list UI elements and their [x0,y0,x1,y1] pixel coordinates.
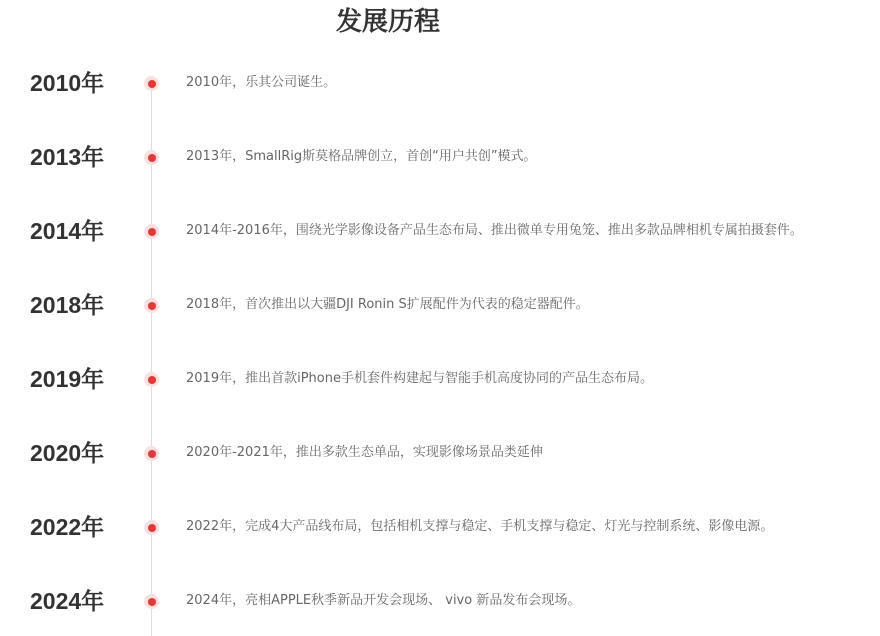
page-title: 发展历程 [0,4,776,40]
timeline-description: 2019年，推出首款iPhone手机套件构建起与智能手机高度协同的产品生态布局。 [186,359,653,399]
timeline-year: 2013年 [30,137,104,177]
timeline-year: 2010年 [30,63,104,103]
timeline-dot-icon [144,224,159,239]
timeline-item: 2024年 2024年，亮相APPLE秋季新品开发会现场、 vivo 新品发布会… [0,581,880,621]
timeline-item: 2014年 2014年-2016年，围绕光学影像设备产品生态布局、推出微单专用兔… [0,211,880,251]
timeline-description: 2022年，完成4大产品线布局，包括相机支撑与稳定、手机支撑与稳定、灯光与控制系… [186,507,773,547]
timeline-dot-icon [144,520,159,535]
timeline-description: 2013年，SmallRig斯莫格品牌创立，首创“用户共创”模式。 [186,137,537,177]
timeline-dot-icon [144,594,159,609]
timeline-item: 2022年 2022年，完成4大产品线布局，包括相机支撑与稳定、手机支撑与稳定、… [0,507,880,547]
timeline-dot-icon [144,446,159,461]
timeline-description: 2018年，首次推出以大疆DJI Ronin S扩展配件为代表的稳定器配件。 [186,285,589,325]
timeline-year: 2014年 [30,211,104,251]
timeline-item: 2013年 2013年，SmallRig斯莫格品牌创立，首创“用户共创”模式。 [0,137,880,177]
timeline-year: 2024年 [30,581,104,621]
timeline-description: 2014年-2016年，围绕光学影像设备产品生态布局、推出微单专用兔笼、推出多款… [186,211,803,251]
timeline-description: 2024年，亮相APPLE秋季新品开发会现场、 vivo 新品发布会现场。 [186,581,580,621]
timeline-dot-icon [144,150,159,165]
timeline-description: 2010年，乐其公司诞生。 [186,63,336,103]
timeline-year: 2020年 [30,433,104,473]
timeline-year: 2019年 [30,359,104,399]
timeline-year: 2022年 [30,507,104,547]
timeline-item: 2019年 2019年，推出首款iPhone手机套件构建起与智能手机高度协同的产… [0,359,880,399]
timeline-dot-icon [144,298,159,313]
timeline-dot-icon [144,76,159,91]
timeline-item: 2020年 2020年-2021年，推出多款生态单品，实现影像场景品类延伸 [0,433,880,473]
timeline-year: 2018年 [30,285,104,325]
timeline-item: 2010年 2010年，乐其公司诞生。 [0,63,880,103]
timeline-item: 2018年 2018年，首次推出以大疆DJI Ronin S扩展配件为代表的稳定… [0,285,880,325]
timeline-description: 2020年-2021年，推出多款生态单品，实现影像场景品类延伸 [186,433,543,473]
timeline-dot-icon [144,372,159,387]
